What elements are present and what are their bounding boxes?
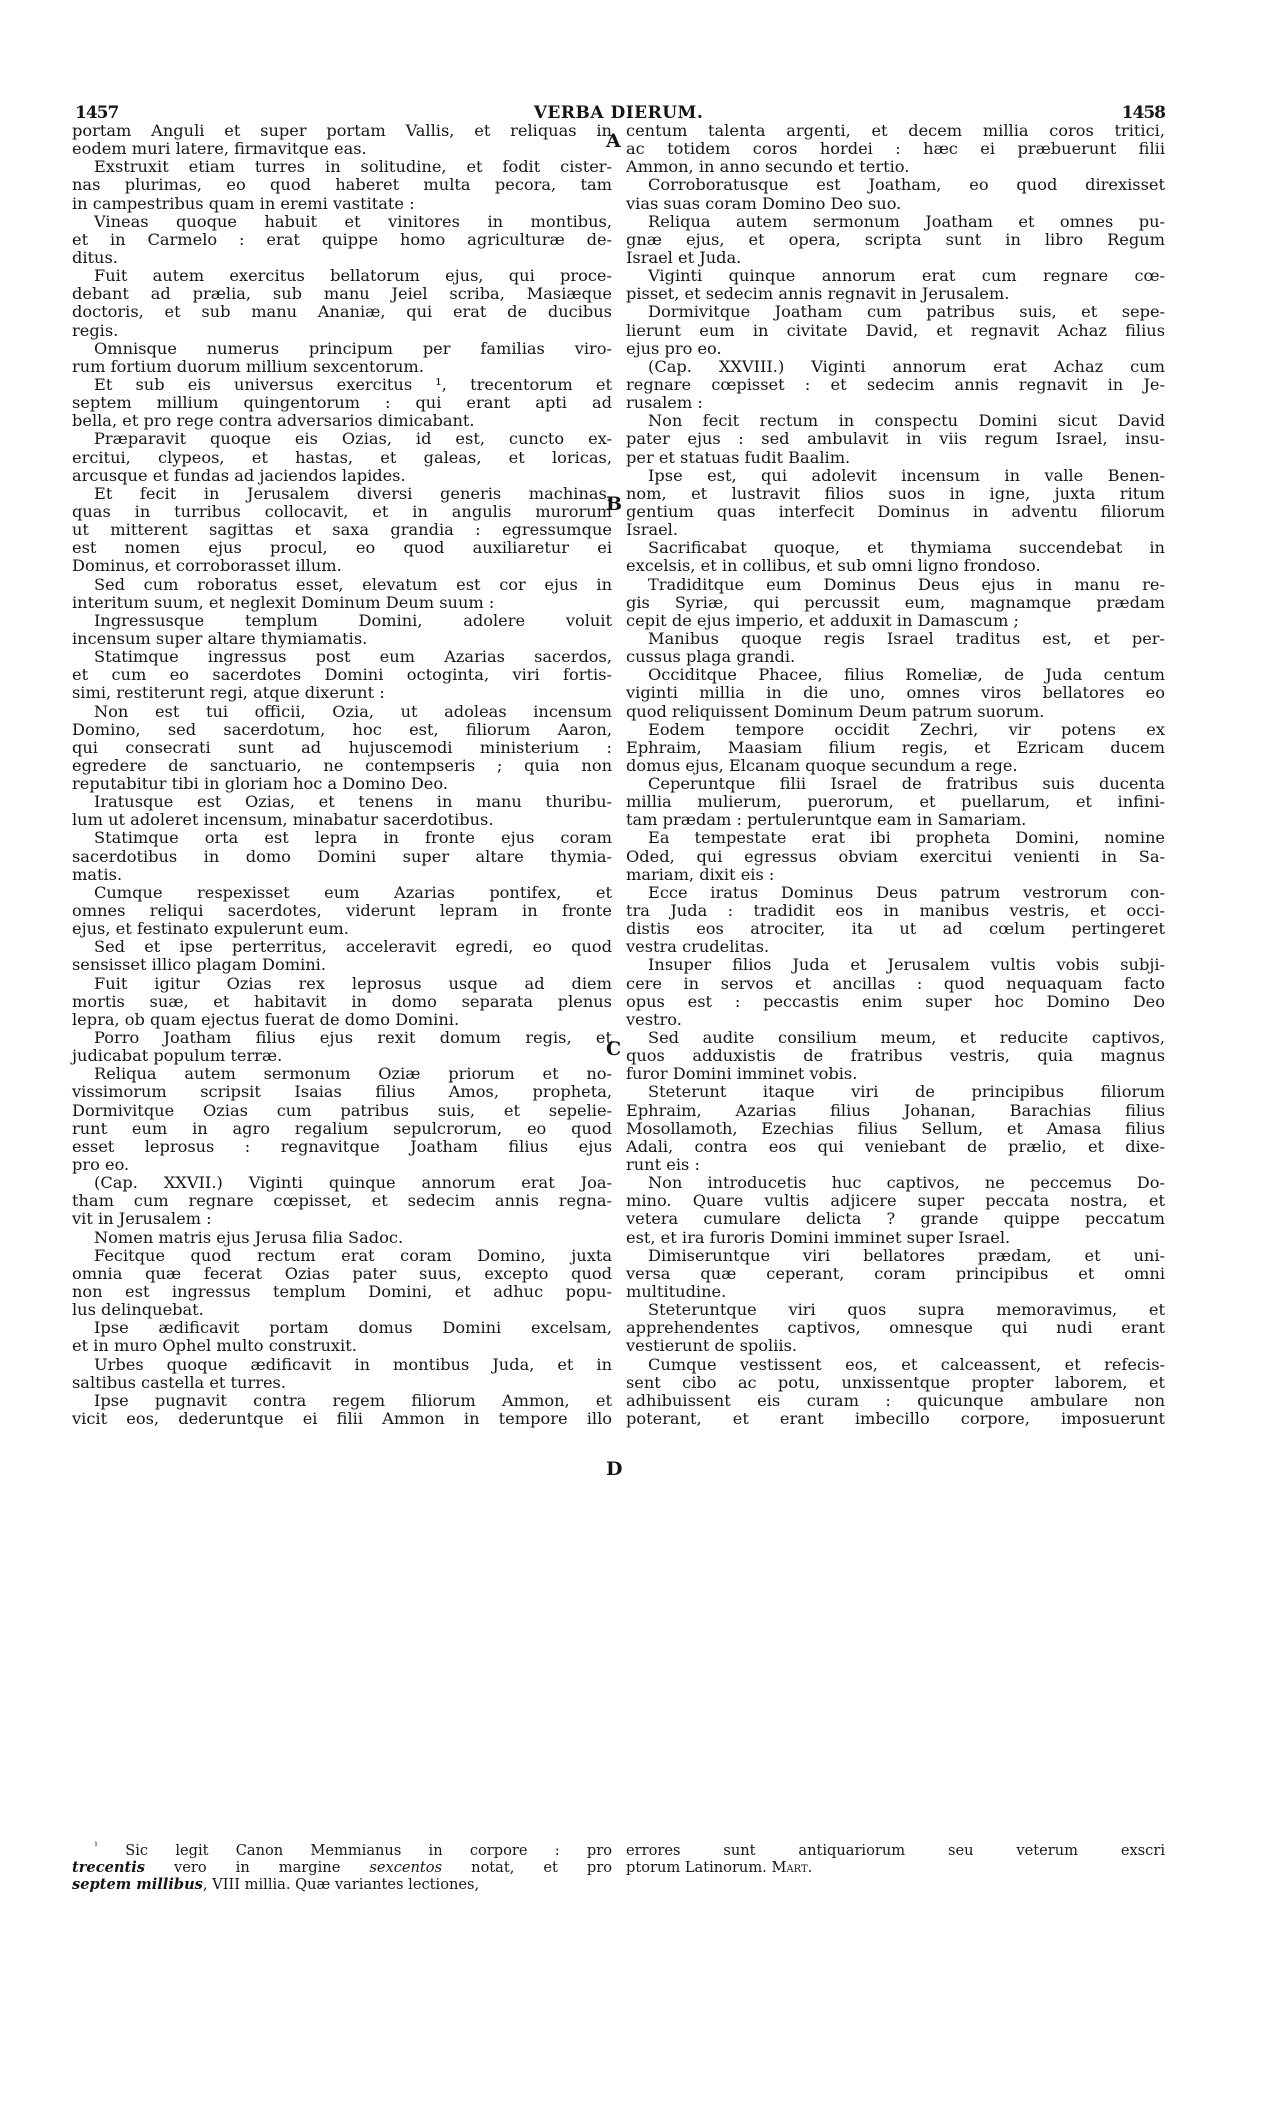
text-line: Manibus quoque regis Israel traditus est… — [626, 630, 1165, 648]
text-line: pro eo. — [72, 1156, 612, 1174]
text-line: (Cap. XXVII.) Viginti quinque annorum er… — [72, 1174, 612, 1192]
text-line: Cumque respexisset eum Azarias pontifex,… — [72, 884, 612, 902]
text-line: sent cibo ac potu, unxissentque propter … — [626, 1374, 1165, 1392]
text-line: Occiditque Phacee, filius Romeliæ, de Ju… — [626, 666, 1165, 684]
text-line: Mosollamoth, Ezechias filius Sellum, et … — [626, 1120, 1165, 1138]
text-line: tra Juda : tradidit eos in manibus vestr… — [626, 902, 1165, 920]
text-line: runt eum in agro regalium sepulcrorum, e… — [72, 1120, 612, 1138]
text-line: debant ad prælia, sub manu Jeiel scriba,… — [72, 285, 612, 303]
text-line: viginti millia in die uno, omnes viros b… — [626, 684, 1165, 702]
footnote-line: ¹ Sic legit Canon Memmianus in corpore :… — [72, 1842, 612, 1859]
text-line: poterant, et erant imbecillo corpore, im… — [626, 1410, 1165, 1428]
text-line: Tradiditque eum Dominus Deus ejus in man… — [626, 576, 1165, 594]
page-title: VERBA DIERUM. — [72, 103, 1165, 123]
text-line: Sacrificabat quoque, et thymiama succend… — [626, 539, 1165, 557]
text-line: runt eis : — [626, 1156, 1165, 1174]
text-line: Reliqua autem sermonum Oziæ priorum et n… — [72, 1065, 612, 1083]
text-line: ercitui, clypeos, et hastas, et galeas, … — [72, 449, 612, 467]
text-line: bella, et pro rege contra adversarios di… — [72, 412, 612, 430]
text-line: Non est tui officii, Ozia, ut adoleas in… — [72, 703, 612, 721]
text-line: regis. — [72, 322, 612, 340]
text-line: non est ingressus templum Domini, et adh… — [72, 1283, 612, 1301]
text-line: cussus plaga grandi. — [626, 648, 1165, 666]
text-line: (Cap. XXVIII.) Viginti annorum erat Acha… — [626, 358, 1165, 376]
text-line: quas in turribus collocavit, et in angul… — [72, 503, 612, 521]
footnote-italic: trecentis — [72, 1859, 145, 1876]
text-line: Ea tempestate erat ibi propheta Domini, … — [626, 829, 1165, 847]
text-line: vit in Jerusalem : — [72, 1210, 612, 1228]
text-line: Israel. — [626, 521, 1165, 539]
text-line: multitudine. — [626, 1283, 1165, 1301]
footnote-text: , VIII millia. Quæ variantes lectiones, — [203, 1876, 479, 1893]
text-line: Dormivitque Joatham cum patribus suis, e… — [626, 303, 1165, 321]
text-line: judicabat populum terræ. — [72, 1047, 612, 1065]
text-line: Fuit igitur Ozias rex leprosus usque ad … — [72, 975, 612, 993]
text-line: Fecitque quod rectum erat coram Domino, … — [72, 1247, 612, 1265]
text-line: Viginti quinque annorum erat cum regnare… — [626, 267, 1165, 285]
text-line: nas plurimas, eo quod haberet multa peco… — [72, 176, 612, 194]
text-line: gnæ ejus, et opera, scripta sunt in libr… — [626, 231, 1165, 249]
text-line: Sed cum roboratus esset, elevatum est co… — [72, 576, 612, 594]
text-line: ac totidem coros hordei : hæc ei præbuer… — [626, 140, 1165, 158]
text-line: Cumque vestissent eos, et calceassent, e… — [626, 1356, 1165, 1374]
text-line: opus est : peccastis enim super hoc Domi… — [626, 993, 1165, 1011]
text-line: Ipse ædificavit portam domus Domini exce… — [72, 1319, 612, 1337]
footnote-text: notat, et pro — [442, 1859, 612, 1876]
text-line: lus delinquebat. — [72, 1301, 612, 1319]
text-line: rum fortium duorum millium sexcentorum. — [72, 358, 612, 376]
text-line: Sed audite consilium meum, et reducite c… — [626, 1029, 1165, 1047]
text-line: Corroboratusque est Joatham, eo quod dir… — [626, 176, 1165, 194]
text-line: sacerdotibus in domo Domini super altare… — [72, 848, 612, 866]
text-line: Statimque orta est lepra in fronte ejus … — [72, 829, 612, 847]
text-line: qui consecrati sunt ad hujuscemodi minis… — [72, 739, 612, 757]
margin-letter-c: C — [606, 1038, 621, 1060]
footnote-line: ptorum Latinorum. Mart. — [626, 1859, 1165, 1876]
text-line: Ipse pugnavit contra regem filiorum Ammo… — [72, 1392, 612, 1410]
footnote-text: ptorum Latinorum. — [626, 1859, 771, 1876]
text-line: Sed et ipse perterritus, acceleravit egr… — [72, 938, 612, 956]
text-line: Ingressusque templum Domini, adolere vol… — [72, 612, 612, 630]
footnote-left: ¹ Sic legit Canon Memmianus in corpore :… — [72, 1842, 612, 1893]
text-line: cepit de ejus imperio, et adduxit in Dam… — [626, 612, 1165, 630]
text-line: Dimiseruntque viri bellatores prædam, et… — [626, 1247, 1165, 1265]
text-line: Adali, contra eos qui veniebant de præli… — [626, 1138, 1165, 1156]
text-line: adhibuissent eis curam : quicunque ambul… — [626, 1392, 1165, 1410]
right-column: centum talenta argenti, et decem millia … — [626, 122, 1165, 1428]
text-line: ejus pro eo. — [626, 340, 1165, 358]
text-line: Statimque ingressus post eum Azarias sac… — [72, 648, 612, 666]
text-line: Non introducetis huc captivos, ne peccem… — [626, 1174, 1165, 1192]
text-line: Reliqua autem sermonum Joatham et omnes … — [626, 213, 1165, 231]
footnote-line: trecentis vero in margine sexcentos nota… — [72, 1859, 612, 1876]
text-line: nom, et lustravit filios suos in igne, j… — [626, 485, 1165, 503]
document-page: 1457 VERBA DIERUM. 1458 portam Anguli et… — [0, 0, 1263, 2126]
text-line: millia mulierum, puerorum, et puellarum,… — [626, 793, 1165, 811]
footnote-line: errores sunt antiquariorum seu veterum e… — [626, 1842, 1165, 1859]
text-line: lierunt eum in civitate David, et regnav… — [626, 322, 1165, 340]
text-line: sensisset illico plagam Domini. — [72, 956, 612, 974]
text-line: Dormivitque Ozias cum patribus suis, et … — [72, 1102, 612, 1120]
text-line: Insuper filios Juda et Jerusalem vultis … — [626, 956, 1165, 974]
text-line: lum ut adoleret incensum, minabatur sace… — [72, 811, 612, 829]
text-line: apprehendentes captivos, omnesque qui nu… — [626, 1319, 1165, 1337]
text-line: est, et ira furoris Domini imminet super… — [626, 1229, 1165, 1247]
page-number-right: 1458 — [1122, 103, 1165, 123]
text-line: Ceperuntque filii Israel de fratribus su… — [626, 775, 1165, 793]
footnote-right: errores sunt antiquariorum seu veterum e… — [626, 1842, 1165, 1876]
text-line: esset leprosus : regnavitque Joatham fil… — [72, 1138, 612, 1156]
text-line: Ammon, in anno secundo et tertio. — [626, 158, 1165, 176]
text-line: interitum suum, et neglexit Dominum Deum… — [72, 594, 612, 612]
text-line: vestierunt de spoliis. — [626, 1337, 1165, 1355]
text-line: Domino, sed sacerdotum, hoc est, filioru… — [72, 721, 612, 739]
text-line: gis Syriæ, qui percussit eum, magnamque … — [626, 594, 1165, 612]
footnote-line: septem millibus, VIII millia. Quæ varian… — [72, 1876, 612, 1893]
text-line: portam Anguli et super portam Vallis, et… — [72, 122, 612, 140]
text-line: et cum eo sacerdotes Domini octoginta, v… — [72, 666, 612, 684]
footnote-italic: sexcentos — [369, 1859, 442, 1876]
text-line: matis. — [72, 866, 612, 884]
text-line: omnia quæ fecerat Ozias pater suus, exce… — [72, 1265, 612, 1283]
text-line: pater ejus : sed ambulavit in viis regum… — [626, 430, 1165, 448]
footnote-signature: Mart. — [771, 1859, 812, 1876]
text-line: quod reliquissent Dominum Deum patrum su… — [626, 703, 1165, 721]
text-line: Exstruxit etiam turres in solitudine, et… — [72, 158, 612, 176]
text-line: centum talenta argenti, et decem millia … — [626, 122, 1165, 140]
text-line: mortis suæ, et habitavit in domo separat… — [72, 993, 612, 1011]
text-line: Præparavit quoque eis Ozias, id est, cun… — [72, 430, 612, 448]
text-line: Oded, qui egressus obviam exercitui veni… — [626, 848, 1165, 866]
margin-letter-b: B — [606, 493, 622, 515]
text-line: quos adduxistis de fratribus vestris, qu… — [626, 1047, 1165, 1065]
text-line: incensum super altare thymiamatis. — [72, 630, 612, 648]
text-line: rusalem : — [626, 394, 1165, 412]
text-line: ditus. — [72, 249, 612, 267]
text-line: doctoris, et sub manu Ananiæ, qui erat d… — [72, 303, 612, 321]
text-line: vestro. — [626, 1011, 1165, 1029]
text-line: Dominus, et corroborasset illum. — [72, 557, 612, 575]
text-line: tam prædam : pertuleruntque eam in Samar… — [626, 811, 1165, 829]
text-line: saltibus castella et turres. — [72, 1374, 612, 1392]
text-line: versa quæ ceperant, coram principibus et… — [626, 1265, 1165, 1283]
text-line: Vineas quoque habuit et vinitores in mon… — [72, 213, 612, 231]
text-line: Urbes quoque ædificavit in montibus Juda… — [72, 1356, 612, 1374]
text-line: distis eos atrociter, ita ut ad cœlum pe… — [626, 920, 1165, 938]
text-line: mino. Quare vultis adjicere super peccat… — [626, 1192, 1165, 1210]
text-line: vias suas coram Domino Deo suo. — [626, 195, 1165, 213]
text-line: vestra crudelitas. — [626, 938, 1165, 956]
text-line: Iratusque est Ozias, et tenens in manu t… — [72, 793, 612, 811]
text-line: furor Domini imminet vobis. — [626, 1065, 1165, 1083]
text-line: omnes reliqui sacerdotes, viderunt lepra… — [72, 902, 612, 920]
text-line: Nomen matris ejus Jerusa filia Sadoc. — [72, 1229, 612, 1247]
text-line: vetera cumulare delicta ? grande quippe … — [626, 1210, 1165, 1228]
margin-letter-a: A — [606, 130, 621, 152]
text-line: vicit eos, dederuntque ei filii Ammon in… — [72, 1410, 612, 1428]
text-line: Eodem tempore occidit Zechri, vir potens… — [626, 721, 1165, 739]
footnote-italic: septem millibus — [72, 1876, 203, 1893]
text-line: et in muro Ophel multo construxit. — [72, 1337, 612, 1355]
footnote-text: vero in margine — [145, 1859, 369, 1876]
text-line: septem millium quingentorum : qui erant … — [72, 394, 612, 412]
text-line: Omnisque numerus principum per familias … — [72, 340, 612, 358]
text-line: egredere de sanctuario, ne contempseris … — [72, 757, 612, 775]
text-line: domus ejus, Elcanam quoque secundum a re… — [626, 757, 1165, 775]
text-line: Ipse est, qui adolevit incensum in valle… — [626, 467, 1165, 485]
text-line: et in Carmelo : erat quippe homo agricul… — [72, 231, 612, 249]
text-line: simi, restiterunt regi, atque dixerunt : — [72, 684, 612, 702]
text-line: eodem muri latere, firmavitque eas. — [72, 140, 612, 158]
text-line: Ephraim, Azarias filius Johanan, Barachi… — [626, 1102, 1165, 1120]
text-line: Non fecit rectum in conspectu Domini sic… — [626, 412, 1165, 430]
footnote-marker: ¹ — [94, 1841, 98, 1852]
text-line: Steterunt itaque viri de principibus fil… — [626, 1083, 1165, 1101]
text-line: in campestribus quam in eremi vastitate … — [72, 195, 612, 213]
text-line: vissimorum scripsit Isaias filius Amos, … — [72, 1083, 612, 1101]
text-line: cere in servos et ancillas : quod nequaq… — [626, 975, 1165, 993]
text-line: Porro Joatham filius ejus rexit domum re… — [72, 1029, 612, 1047]
text-line: arcusque et fundas ad jaciendos lapides. — [72, 467, 612, 485]
text-line: excelsis, et in collibus, et sub omni li… — [626, 557, 1165, 575]
left-column: portam Anguli et super portam Vallis, et… — [72, 122, 612, 1428]
text-line: Et sub eis universus exercitus ¹, trecen… — [72, 376, 612, 394]
text-line: pisset, et sedecim annis regnavit in Jer… — [626, 285, 1165, 303]
margin-letter-d: D — [606, 1458, 622, 1480]
text-line: Ecce iratus Dominus Deus patrum vestroru… — [626, 884, 1165, 902]
text-line: ut mitterent sagittas et saxa grandia : … — [72, 521, 612, 539]
text-line: per et statuas fudit Baalim. — [626, 449, 1165, 467]
footnote-text: Sic legit Canon Memmianus in corpore : p… — [125, 1842, 612, 1859]
text-line: Et fecit in Jerusalem diversi generis ma… — [72, 485, 612, 503]
text-line: Fuit autem exercitus bellatorum ejus, qu… — [72, 267, 612, 285]
text-line: est nomen ejus procul, eo quod auxiliare… — [72, 539, 612, 557]
text-line: Israel et Juda. — [626, 249, 1165, 267]
text-line: regnare cœpisset : et sedecim annis regn… — [626, 376, 1165, 394]
text-line: lepra, ob quam ejectus fuerat de domo Do… — [72, 1011, 612, 1029]
text-line: mariam, dixit eis : — [626, 866, 1165, 884]
text-line: Steteruntque viri quos supra memoravimus… — [626, 1301, 1165, 1319]
text-line: ejus, et festinato expulerunt eum. — [72, 920, 612, 938]
text-line: tham cum regnare cœpisset, et sedecim an… — [72, 1192, 612, 1210]
text-line: Ephraim, Maasiam filium regis, et Ezrica… — [626, 739, 1165, 757]
text-line: reputabitur tibi in gloriam hoc a Domino… — [72, 775, 612, 793]
text-line: gentium quas interfecit Dominus in adven… — [626, 503, 1165, 521]
